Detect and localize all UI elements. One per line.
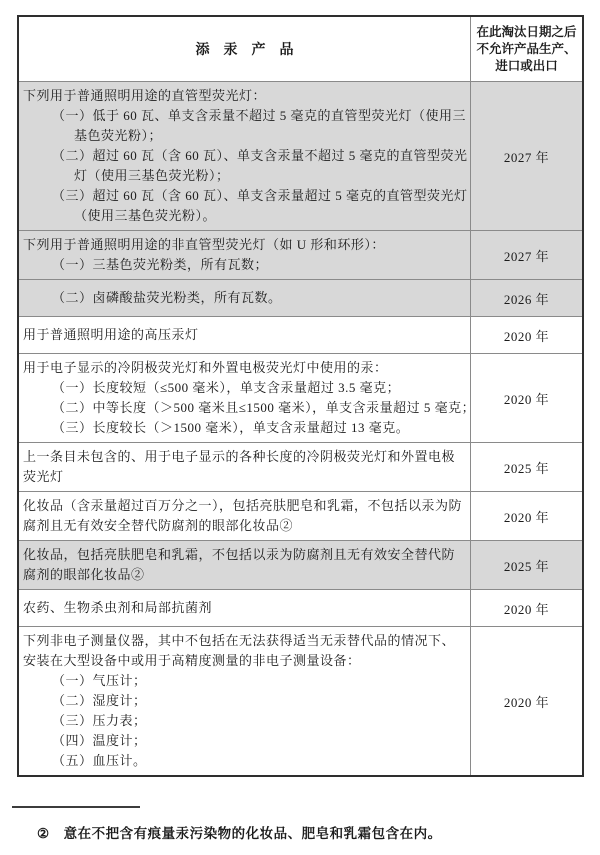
footnote-text: 意在不把含有痕量汞污染物的化妆品、肥皂和乳霜包含在内。 <box>64 826 442 841</box>
product-cell: 下列用于普通照明用途的非直管型荧光灯（如 U 形和环形）：（一）三基色荧光粉类，… <box>19 231 471 279</box>
product-cell: 化妆品（含汞量超过百万分之一），包括亮肤肥皂和乳霜，不包括以汞为防腐剂且无有效安… <box>19 492 471 540</box>
product-text-line: （一）三基色荧光粉类，所有瓦数； <box>23 255 464 275</box>
header-date-line: 进口或出口 <box>495 58 558 75</box>
product-text-line: 上一条目未包含的、用于电子显示的各种长度的冷阴极荧光灯和外置电极 <box>23 447 464 467</box>
table-body: 下列用于普通照明用途的直管型荧光灯：（一）低于 60 瓦、单支含汞量不超过 5 … <box>19 81 582 775</box>
product-text-line: （二）超过 60 瓦（含 60 瓦）、单支含汞量不超过 5 毫克的直管型荧光 <box>23 146 464 166</box>
product-text-line: 腐剂且无有效安全替代防腐剂的眼部化妆品② <box>23 516 464 536</box>
product-text-line: 用于普通照明用途的高压汞灯 <box>23 325 464 345</box>
product-text-line: 腐剂的眼部化妆品② <box>23 565 464 585</box>
table-row: 上一条目未包含的、用于电子显示的各种长度的冷阴极荧光灯和外置电极荧光灯 2025… <box>19 442 582 491</box>
product-text-line: （三）长度较长（＞1500 毫米），单支含汞量超过 13 毫克。 <box>23 418 464 438</box>
product-cell: 用于电子显示的冷阴极荧光灯和外置电极荧光灯中使用的汞：（一）长度较短（≤500 … <box>19 354 471 442</box>
product-text-line: （一）低于 60 瓦、单支含汞量不超过 5 毫克的直管型荧光灯（使用三 <box>23 106 464 126</box>
product-text-line: （一）气压计； <box>23 671 464 691</box>
product-text-line: 化妆品（含汞量超过百万分之一），包括亮肤肥皂和乳霜，不包括以汞为防 <box>23 496 464 516</box>
product-text-line: （三）压力表； <box>23 711 464 731</box>
product-cell: 用于普通照明用途的高压汞灯 <box>19 317 471 353</box>
product-text-line: 农药、生物杀虫剂和局部抗菌剂 <box>23 598 464 618</box>
footnote: ②意在不把含有痕量汞污染物的化妆品、肥皂和乳霜包含在内。 <box>37 822 442 842</box>
phaseout-year: 2020 年 <box>471 317 582 353</box>
table-row: 化妆品（含汞量超过百万分之一），包括亮肤肥皂和乳霜，不包括以汞为防腐剂且无有效安… <box>19 491 582 540</box>
product-text-line: 用于电子显示的冷阴极荧光灯和外置电极荧光灯中使用的汞： <box>23 358 464 378</box>
product-cell: 上一条目未包含的、用于电子显示的各种长度的冷阴极荧光灯和外置电极荧光灯 <box>19 443 471 491</box>
header-date-line: 在此淘汰日期之后 <box>476 24 576 41</box>
product-cell: 下列用于普通照明用途的直管型荧光灯：（一）低于 60 瓦、单支含汞量不超过 5 … <box>19 82 471 230</box>
product-text-line: 荧光灯 <box>23 467 464 487</box>
product-cell: 下列非电子测量仪器，其中不包括在无法获得适当无汞替代品的情况下、安装在大型设备中… <box>19 627 471 775</box>
phaseout-year: 2020 年 <box>471 627 582 775</box>
phaseout-year: 2020 年 <box>471 354 582 442</box>
phaseout-year: 2020 年 <box>471 492 582 540</box>
phaseout-year: 2026 年 <box>471 280 582 316</box>
header-product-label: 添 汞 产 品 <box>196 39 294 59</box>
product-text-line: （二）卤磷酸盐荧光粉类，所有瓦数。 <box>23 288 464 308</box>
phaseout-year: 2025 年 <box>471 541 582 589</box>
product-text-line: 灯（使用三基色荧光粉）； <box>23 166 464 186</box>
phaseout-year: 2020 年 <box>471 590 582 626</box>
product-text-line: （三）超过 60 瓦（含 60 瓦）、单支含汞量超过 5 毫克的直管型荧光灯 <box>23 186 464 206</box>
product-text-line: （二）中等长度（＞500 毫米且≤1500 毫米），单支含汞量超过 5 毫克； <box>23 398 464 418</box>
header-date-line: 不允许产品生产、 <box>476 41 576 58</box>
product-text-line: 安装在大型设备中或用于高精度测量的非电子测量设备： <box>23 651 464 671</box>
phaseout-table: 添 汞 产 品 在此淘汰日期之后 不允许产品生产、 进口或出口 下列用于普通照明… <box>17 15 584 777</box>
table-row: 下列用于普通照明用途的非直管型荧光灯（如 U 形和环形）：（一）三基色荧光粉类，… <box>19 230 582 279</box>
table-row: （二）卤磷酸盐荧光粉类，所有瓦数。 2026 年 <box>19 279 582 316</box>
table-row: 农药、生物杀虫剂和局部抗菌剂 2020 年 <box>19 589 582 626</box>
table-row: 下列非电子测量仪器，其中不包括在无法获得适当无汞替代品的情况下、安装在大型设备中… <box>19 626 582 775</box>
product-text-line: （二）湿度计； <box>23 691 464 711</box>
product-cell: 农药、生物杀虫剂和局部抗菌剂 <box>19 590 471 626</box>
table-header-row: 添 汞 产 品 在此淘汰日期之后 不允许产品生产、 进口或出口 <box>19 17 582 81</box>
header-product-column: 添 汞 产 品 <box>19 17 471 81</box>
phaseout-year: 2027 年 <box>471 231 582 279</box>
table-row: 下列用于普通照明用途的直管型荧光灯：（一）低于 60 瓦、单支含汞量不超过 5 … <box>19 81 582 230</box>
phaseout-year: 2025 年 <box>471 443 582 491</box>
product-cell: 化妆品，包括亮肤肥皂和乳霜，不包括以汞为防腐剂且无有效安全替代防腐剂的眼部化妆品… <box>19 541 471 589</box>
table-row: 用于电子显示的冷阴极荧光灯和外置电极荧光灯中使用的汞：（一）长度较短（≤500 … <box>19 353 582 442</box>
document-page: 添 汞 产 品 在此淘汰日期之后 不允许产品生产、 进口或出口 下列用于普通照明… <box>0 0 600 855</box>
product-text-line: 下列用于普通照明用途的非直管型荧光灯（如 U 形和环形）： <box>23 235 464 255</box>
footnote-separator <box>12 806 140 808</box>
table-row: 用于普通照明用途的高压汞灯 2020 年 <box>19 316 582 353</box>
product-text-line: （一）长度较短（≤500 毫米），单支含汞量超过 3.5 毫克； <box>23 378 464 398</box>
product-text-line: 化妆品，包括亮肤肥皂和乳霜，不包括以汞为防腐剂且无有效安全替代防 <box>23 545 464 565</box>
product-text-line: （使用三基色荧光粉）。 <box>23 206 464 226</box>
product-text-line: （五）血压计。 <box>23 751 464 771</box>
phaseout-year: 2027 年 <box>471 82 582 230</box>
product-text-line: （四）温度计； <box>23 731 464 751</box>
table-row: 化妆品，包括亮肤肥皂和乳霜，不包括以汞为防腐剂且无有效安全替代防腐剂的眼部化妆品… <box>19 540 582 589</box>
product-text-line: 下列用于普通照明用途的直管型荧光灯： <box>23 86 464 106</box>
product-cell: （二）卤磷酸盐荧光粉类，所有瓦数。 <box>19 280 471 316</box>
product-text-line: 下列非电子测量仪器，其中不包括在无法获得适当无汞替代品的情况下、 <box>23 631 464 651</box>
product-text-line: 基色荧光粉）； <box>23 126 464 146</box>
header-date-column: 在此淘汰日期之后 不允许产品生产、 进口或出口 <box>471 17 582 81</box>
footnote-mark: ② <box>37 826 50 841</box>
